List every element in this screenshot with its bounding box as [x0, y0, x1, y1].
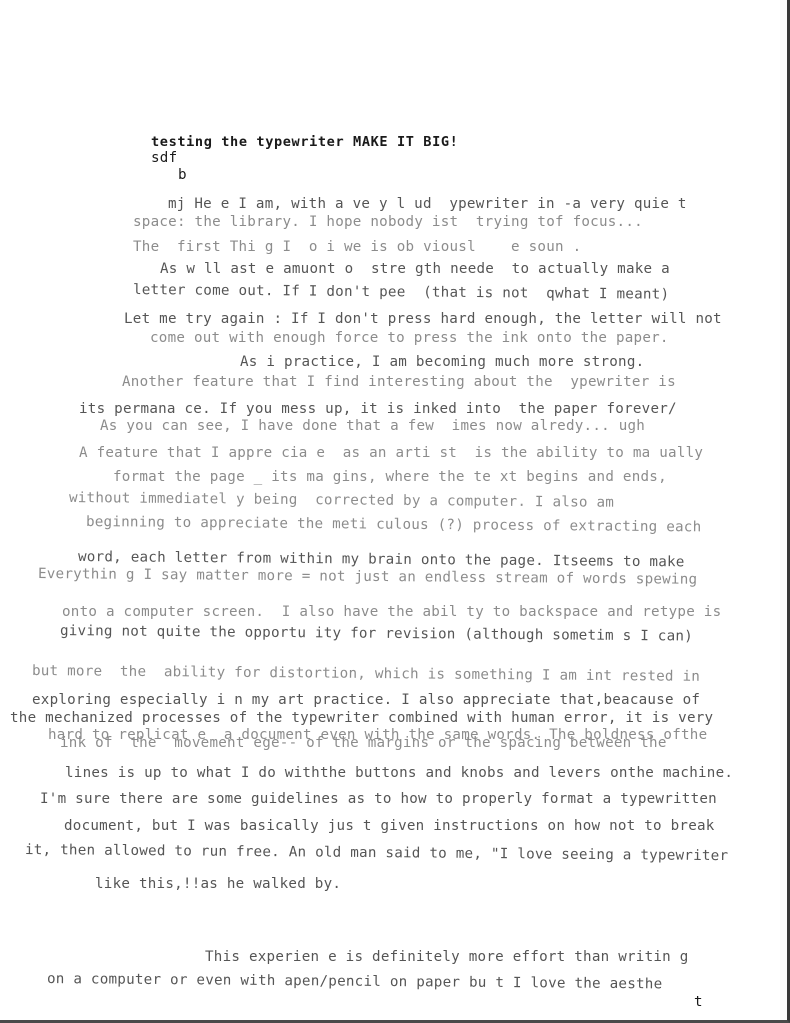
text-line: but more the ability for distortion, whi… [32, 664, 700, 684]
text-line: its permana ce. If you mess up, it is in… [79, 402, 677, 416]
text-line: This experien e is definitely more effor… [205, 950, 689, 964]
text-line: mj He e I am, with a ve y l ud ypewriter… [168, 197, 687, 211]
heading-line: testing the typewriter MAKE IT BIG! [151, 136, 458, 150]
text-line: Everythin g I say matter more = not just… [38, 567, 697, 587]
text-line: it, then allowed to run free. An old man… [25, 843, 728, 863]
text-line: sdf [151, 151, 177, 165]
text-line: As i practice, I am becoming much more s… [240, 355, 644, 369]
text-line: exploring especially i n my art practice… [32, 693, 700, 707]
text-line: t [694, 995, 703, 1009]
text-line: As you can see, I have done that a few i… [100, 419, 645, 433]
text-line: on a computer or even with apen/pencil o… [47, 972, 663, 992]
text-line: onto a computer screen. I also have the … [62, 605, 721, 619]
text-line: space: the library. I hope nobody ist tr… [133, 215, 643, 229]
typewritten-page: testing the typewriter MAKE IT BIG! sdf … [0, 0, 790, 1023]
text-line: A feature that I appre cia e as an arti … [79, 446, 703, 460]
text-line: ink of the movement ege-- of the margins… [60, 736, 667, 750]
text-line: As w ll ast e amuont o stre gth neede to… [160, 262, 670, 276]
text-line: without immediatel y being corrected by … [69, 491, 614, 510]
text-line: I'm sure there are some guidelines as to… [40, 792, 717, 806]
text-line: come out with enough force to press the … [150, 331, 669, 345]
text-line: the mechanized processes of the typewrit… [10, 711, 713, 725]
text-line: format the page _ its ma gins, where the… [113, 470, 667, 484]
text-line: Let me try again : If I don't press hard… [124, 312, 722, 326]
text-line: Another feature that I find interesting … [122, 375, 676, 389]
text-line: lines is up to what I do withthe buttons… [65, 766, 733, 780]
text-line: The first Thi g I o i we is ob viousl e … [133, 240, 581, 254]
text-line: like this,!!as he walked by. [95, 877, 341, 891]
text-line: letter come out. If I don't pee (that is… [133, 283, 669, 302]
text-line: giving not quite the opportu ity for rev… [60, 624, 693, 644]
text-line: document, but I was basically jus t give… [64, 819, 715, 833]
text-line: b [178, 168, 187, 182]
text-line: beginning to appreciate the meti culous … [86, 515, 702, 535]
